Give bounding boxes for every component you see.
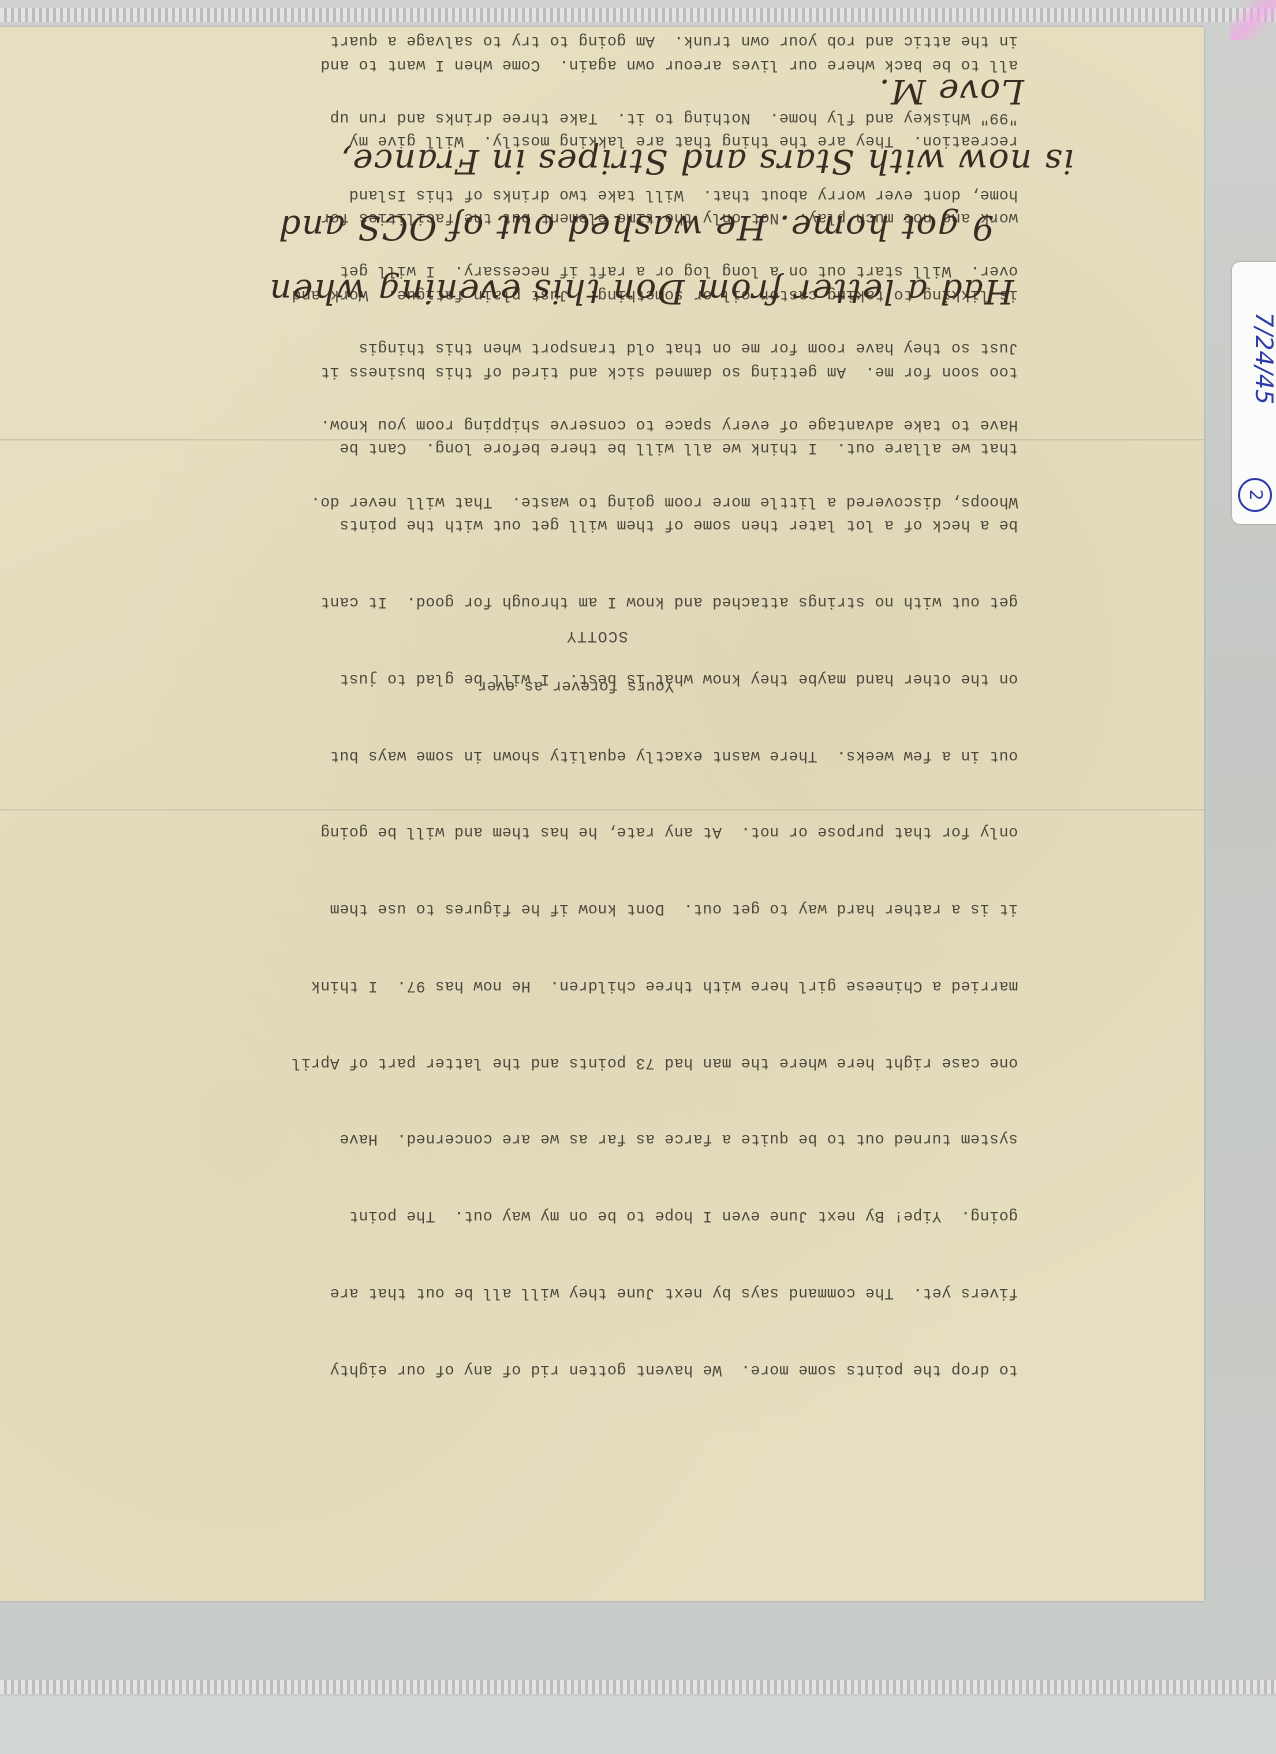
- body-line: going. Yipe! By next June even I hope to…: [88, 1203, 1018, 1229]
- ps-line: Have to take advantage of every space to…: [88, 411, 1018, 437]
- body-line: it is a rather hard way to get out. Dont…: [88, 896, 1018, 922]
- body-line: to drop the points some more. We havent …: [88, 1356, 1018, 1382]
- ps-line: home, dont ever worry about that. Will t…: [88, 181, 1018, 207]
- archive-tab: 7/24/45 2: [1232, 262, 1276, 524]
- ps-line: Just so they have room for me on that ol…: [88, 335, 1018, 361]
- body-line: fivers yet. The command says by next Jun…: [88, 1279, 1018, 1305]
- body-line: get out with no strings attached and kno…: [88, 588, 1018, 614]
- valediction: Yours forever as ever: [477, 677, 674, 695]
- sleeve-lower-flap: [0, 1696, 1276, 1754]
- body-line: one case right here where the man had 73…: [88, 1049, 1018, 1075]
- sleeve-glare: [1230, 0, 1276, 40]
- handwritten-note-line: Love M.: [878, 71, 1024, 111]
- tab-date: 7/24/45: [1248, 312, 1276, 432]
- sleeve-bottom-seam: [0, 1680, 1276, 1694]
- ps-line: in the attic and rob your own trunk. Am …: [88, 28, 1018, 54]
- handwritten-note-line: 9 got home. He washed out of OCS and: [278, 207, 994, 247]
- body-line: system turned out to be quite a farce as…: [88, 1126, 1018, 1152]
- ps-line: Whoops, discovered a little more room go…: [88, 488, 1018, 514]
- letter-page: to drop the points some more. We havent …: [0, 27, 1204, 1601]
- body-line: out in a few weeks. There wasnt exactly …: [88, 742, 1018, 768]
- handwritten-note-line: Had a letter from Don this evening when: [269, 271, 1014, 311]
- tab-page-number: 2: [1238, 478, 1272, 512]
- body-line: only for that purpose or not. At any rat…: [88, 819, 1018, 845]
- handwritten-note-line: is now with Stars and Stripes in France,: [340, 141, 1074, 181]
- body-line: married a Chineese girl here with three …: [88, 972, 1018, 998]
- signature: SCOTTY: [566, 627, 628, 645]
